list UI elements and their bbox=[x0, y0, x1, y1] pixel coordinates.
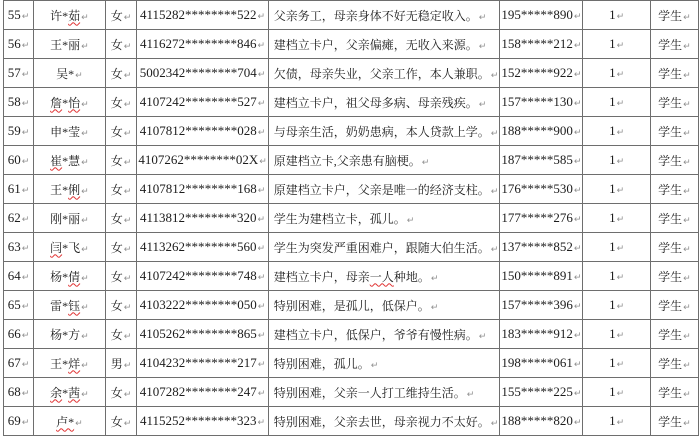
id-number-text: 4113812********320 bbox=[140, 210, 257, 225]
paragraph-mark-icon: ↵ bbox=[574, 157, 582, 167]
role-text: 学生 bbox=[658, 299, 682, 313]
paragraph-mark-icon: ↵ bbox=[574, 70, 582, 80]
role-text: 学生 bbox=[658, 386, 682, 400]
row-number-text: 59 bbox=[8, 123, 21, 138]
table-row: 68↵ 余*茜↵ 女↵ 4107282********247↵ 特别困难，父亲一… bbox=[4, 378, 699, 407]
paragraph-mark-icon: ↵ bbox=[683, 245, 691, 255]
situation-cell[interactable]: 特别困难，孤儿。↵ bbox=[268, 349, 500, 378]
situation-text: 原建档立卡,父亲患有脑梗。 bbox=[274, 154, 421, 168]
count-text: 1 bbox=[609, 152, 616, 167]
paragraph-mark-icon: ↵ bbox=[258, 244, 266, 254]
name-text: 卢* bbox=[56, 415, 74, 429]
paragraph-mark-icon: ↵ bbox=[22, 389, 30, 399]
paragraph-mark-icon: ↵ bbox=[81, 390, 89, 400]
row-number-cell[interactable]: 61↵ bbox=[4, 175, 34, 204]
role-cell[interactable]: 学生↵ bbox=[650, 378, 698, 407]
paragraph-mark-icon: ↵ bbox=[491, 245, 499, 255]
name-text: 申*莹 bbox=[50, 125, 80, 139]
paragraph-mark-icon: ↵ bbox=[22, 41, 30, 51]
role-cell[interactable]: 学生↵ bbox=[650, 204, 698, 233]
gender-text: 女 bbox=[111, 299, 123, 313]
count-cell[interactable]: 1↵ bbox=[583, 1, 650, 30]
table-row: 59↵ 申*莹↵ 女↵ 4107812********028↵ 与母亲生活，奶奶… bbox=[4, 117, 699, 146]
phone-cell[interactable]: 187*****585↵ bbox=[500, 146, 583, 175]
row-number-cell[interactable]: 56↵ bbox=[4, 30, 34, 59]
situation-text: 特别困难，是孤儿，低保户。 bbox=[274, 299, 430, 313]
paragraph-mark-icon: ↵ bbox=[491, 129, 499, 139]
count-cell[interactable]: 1↵ bbox=[583, 262, 650, 291]
table-row: 57↵ 吴*↵ 女↵ 5002342********704↵ 欠债，母亲失业，父… bbox=[4, 59, 699, 88]
paragraph-mark-icon: ↵ bbox=[258, 99, 266, 109]
paragraph-mark-icon: ↵ bbox=[617, 12, 625, 22]
situation-cell[interactable]: 建档立卡户，父亲偏瘫，无收入来源。↵ bbox=[268, 30, 500, 59]
situation-cell[interactable]: 与母亲生活，奶奶患病，本人贷款上学。↵ bbox=[268, 117, 500, 146]
phone-text: 188*****900 bbox=[501, 123, 573, 138]
paragraph-mark-icon: ↵ bbox=[371, 361, 379, 371]
table-row: 56↵ 王*丽↵ 女↵ 4116272********846↵ 建档立卡户，父亲… bbox=[4, 30, 699, 59]
id-number-text: 4107262********02X bbox=[138, 152, 258, 167]
gender-cell[interactable]: 女↵ bbox=[105, 117, 137, 146]
situation-text: 学生为建档立卡，孤儿。 bbox=[274, 212, 406, 226]
gender-cell[interactable]: 男↵ bbox=[105, 349, 137, 378]
row-number-cell[interactable]: 55↵ bbox=[4, 1, 34, 30]
id-number-cell[interactable]: 4116272********846↵ bbox=[137, 30, 268, 59]
paragraph-mark-icon: ↵ bbox=[574, 360, 582, 370]
situation-text: 与母亲生活，奶奶患病，本人贷款上学。 bbox=[274, 125, 490, 139]
phone-cell[interactable]: 198*****061↵ bbox=[500, 349, 583, 378]
count-text: 1 bbox=[609, 181, 616, 196]
count-text: 1 bbox=[609, 268, 616, 283]
gender-cell[interactable]: 女↵ bbox=[105, 233, 137, 262]
gender-cell[interactable]: 女↵ bbox=[105, 30, 137, 59]
role-cell[interactable]: 学生↵ bbox=[650, 117, 698, 146]
paragraph-mark-icon: ↵ bbox=[617, 157, 625, 167]
row-number-text: 61 bbox=[8, 181, 21, 196]
id-number-cell[interactable]: 4105262********865↵ bbox=[137, 320, 268, 349]
count-cell[interactable]: 1↵ bbox=[583, 59, 650, 88]
table-row: 60↵ 崔*慧↵ 女↵ 4107262********02X↵ 原建档立卡,父亲… bbox=[4, 146, 699, 175]
phone-text: 150*****891 bbox=[501, 268, 573, 283]
gender-cell[interactable]: 女↵ bbox=[105, 291, 137, 320]
count-cell[interactable]: 1↵ bbox=[583, 378, 650, 407]
role-cell[interactable]: 学生↵ bbox=[650, 349, 698, 378]
paragraph-mark-icon: ↵ bbox=[75, 419, 83, 429]
row-number-cell[interactable]: 68↵ bbox=[4, 378, 34, 407]
paragraph-mark-icon: ↵ bbox=[22, 12, 30, 22]
role-cell[interactable]: 学生↵ bbox=[650, 88, 698, 117]
paragraph-mark-icon: ↵ bbox=[258, 302, 266, 312]
count-cell[interactable]: 1↵ bbox=[583, 291, 650, 320]
situation-cell[interactable]: 建档立卡户，母亲一人种地。↵ bbox=[268, 262, 500, 291]
phone-text: 157*****396 bbox=[501, 297, 573, 312]
role-cell[interactable]: 学生↵ bbox=[650, 30, 698, 59]
id-number-cell[interactable]: 4115282********522↵ bbox=[137, 1, 268, 30]
count-cell[interactable]: 1↵ bbox=[583, 349, 650, 378]
situation-cell[interactable]: 学生为建档立卡，孤儿。↵ bbox=[268, 204, 500, 233]
name-cell[interactable]: 卢*↵ bbox=[34, 407, 105, 436]
paragraph-mark-icon: ↵ bbox=[124, 274, 132, 284]
count-text: 1 bbox=[609, 384, 616, 399]
situation-text: 欠债，母亲失业，父亲工作，本人兼职。 bbox=[274, 67, 490, 81]
name-text: 杨*倩 bbox=[50, 270, 80, 284]
count-cell[interactable]: 1↵ bbox=[583, 320, 650, 349]
name-text: 王*烊 bbox=[50, 357, 80, 371]
gender-text: 女 bbox=[111, 154, 123, 168]
paragraph-mark-icon: ↵ bbox=[617, 360, 625, 370]
row-number-cell[interactable]: 57↵ bbox=[4, 59, 34, 88]
phone-text: 198*****061 bbox=[501, 355, 573, 370]
table-row: 55↵ 许*茹↵ 女↵ 4115282********522↵ 父亲务工，母亲身… bbox=[4, 1, 699, 30]
name-cell[interactable]: 闫*飞↵ bbox=[34, 233, 105, 262]
paragraph-mark-icon: ↵ bbox=[258, 360, 266, 370]
id-number-cell[interactable]: 4107242********527↵ bbox=[137, 88, 268, 117]
situation-text: 特别困难，父亲去世，母亲视力不太好。 bbox=[274, 415, 490, 429]
paragraph-mark-icon: ↵ bbox=[81, 100, 89, 110]
gender-text: 女 bbox=[111, 125, 123, 139]
phone-cell[interactable]: 195*****890↵ bbox=[500, 1, 583, 30]
phone-text: 157*****130 bbox=[501, 94, 573, 109]
paragraph-mark-icon: ↵ bbox=[81, 274, 89, 284]
table-row: 65↵ 雷*钰↵ 女↵ 4103222********050↵ 特别困难，是孤儿… bbox=[4, 291, 699, 320]
id-number-cell[interactable]: 4107282********247↵ bbox=[137, 378, 268, 407]
gender-cell[interactable]: 女↵ bbox=[105, 88, 137, 117]
paragraph-mark-icon: ↵ bbox=[22, 70, 30, 80]
phone-cell[interactable]: 188*****900↵ bbox=[500, 117, 583, 146]
paragraph-mark-icon: ↵ bbox=[22, 157, 30, 167]
row-number-text: 60 bbox=[8, 152, 21, 167]
paragraph-mark-icon: ↵ bbox=[258, 273, 266, 283]
paragraph-mark-icon: ↵ bbox=[683, 390, 691, 400]
id-number-cell[interactable]: 4107242********748↵ bbox=[137, 262, 268, 291]
row-number-text: 69 bbox=[8, 413, 21, 428]
paragraph-mark-icon: ↵ bbox=[617, 418, 625, 428]
paragraph-mark-icon: ↵ bbox=[124, 13, 132, 23]
phone-cell[interactable]: 150*****891↵ bbox=[500, 262, 583, 291]
paragraph-mark-icon: ↵ bbox=[75, 71, 83, 81]
paragraph-mark-icon: ↵ bbox=[617, 389, 625, 399]
role-cell[interactable]: 学生↵ bbox=[650, 407, 698, 436]
paragraph-mark-icon: ↵ bbox=[124, 158, 132, 168]
paragraph-mark-icon: ↵ bbox=[124, 42, 132, 52]
count-cell[interactable]: 1↵ bbox=[583, 146, 650, 175]
situation-text: 特别困难，父亲一人打工维持生活。 bbox=[274, 386, 466, 400]
paragraph-mark-icon: ↵ bbox=[467, 390, 475, 400]
role-cell[interactable]: 学生↵ bbox=[650, 291, 698, 320]
paragraph-mark-icon: ↵ bbox=[124, 303, 132, 313]
paragraph-mark-icon: ↵ bbox=[258, 331, 266, 341]
name-cell[interactable]: 王*烊↵ bbox=[34, 349, 105, 378]
situation-cell[interactable]: 学生为突发严重困难户，跟随大伯生活。↵ bbox=[268, 233, 500, 262]
count-text: 1 bbox=[609, 7, 616, 22]
table-row: 61↵ 王*俐↵ 女↵ 4107812********168↵ 原建档立卡户，父… bbox=[4, 175, 699, 204]
phone-cell[interactable]: 157*****130↵ bbox=[500, 88, 583, 117]
count-cell[interactable]: 1↵ bbox=[583, 175, 650, 204]
paragraph-mark-icon: ↵ bbox=[431, 274, 439, 284]
name-cell[interactable]: 余*茜↵ bbox=[34, 378, 105, 407]
id-number-cell[interactable]: 4107812********028↵ bbox=[137, 117, 268, 146]
paragraph-mark-icon: ↵ bbox=[617, 244, 625, 254]
phone-cell[interactable]: 155*****225↵ bbox=[500, 378, 583, 407]
id-number-text: 4105262********865 bbox=[140, 326, 257, 341]
role-text: 学生 bbox=[658, 9, 682, 23]
row-number-text: 55 bbox=[8, 7, 21, 22]
id-number-cell[interactable]: 4113812********320↵ bbox=[137, 204, 268, 233]
gender-cell[interactable]: 女↵ bbox=[105, 204, 137, 233]
count-text: 1 bbox=[609, 94, 616, 109]
count-text: 1 bbox=[609, 36, 616, 51]
role-cell[interactable]: 学生↵ bbox=[650, 1, 698, 30]
name-cell[interactable]: 杨*方↵ bbox=[34, 320, 105, 349]
phone-cell[interactable]: 183*****912↵ bbox=[500, 320, 583, 349]
row-number-text: 66 bbox=[8, 326, 21, 341]
paragraph-mark-icon: ↵ bbox=[479, 13, 487, 23]
gender-cell[interactable]: 女↵ bbox=[105, 146, 137, 175]
paragraph-mark-icon: ↵ bbox=[258, 70, 266, 80]
situation-text: 建档立卡户，祖父母多病、母亲残疾。 bbox=[274, 96, 478, 110]
id-number-cell[interactable]: 4107262********02X↵ bbox=[137, 146, 268, 175]
phone-cell[interactable]: 157*****396↵ bbox=[500, 291, 583, 320]
role-text: 学生 bbox=[658, 154, 682, 168]
phone-text: 177*****276 bbox=[501, 210, 573, 225]
paragraph-mark-icon: ↵ bbox=[124, 332, 132, 342]
row-number-text: 58 bbox=[8, 94, 21, 109]
paragraph-mark-icon: ↵ bbox=[683, 13, 691, 23]
paragraph-mark-icon: ↵ bbox=[81, 361, 89, 371]
name-text: 许*茹 bbox=[50, 9, 80, 23]
student-difficulty-table: 55↵ 许*茹↵ 女↵ 4115282********522↵ 父亲务工，母亲身… bbox=[3, 0, 699, 436]
row-number-cell[interactable]: 64↵ bbox=[4, 262, 34, 291]
situation-cell[interactable]: 父亲务工，母亲身体不好无稳定收入。↵ bbox=[268, 1, 500, 30]
id-number-text: 4107242********748 bbox=[140, 268, 257, 283]
row-number-cell[interactable]: 59↵ bbox=[4, 117, 34, 146]
phone-text: 155*****225 bbox=[501, 384, 573, 399]
role-text: 学生 bbox=[658, 183, 682, 197]
table-row: 62↵ 刚*丽↵ 女↵ 4113812********320↵ 学生为建档立卡，… bbox=[4, 204, 699, 233]
paragraph-mark-icon: ↵ bbox=[407, 216, 415, 226]
name-cell[interactable]: 吴*↵ bbox=[34, 59, 105, 88]
phone-text: 187*****585 bbox=[501, 152, 573, 167]
situation-text: 特别困难，孤儿。 bbox=[274, 357, 370, 371]
paragraph-mark-icon: ↵ bbox=[574, 128, 582, 138]
paragraph-mark-icon: ↵ bbox=[124, 129, 132, 139]
id-number-text: 4103222********050 bbox=[140, 297, 257, 312]
paragraph-mark-icon: ↵ bbox=[683, 187, 691, 197]
situation-cell[interactable]: 建档立卡户，低保户，爷爷有慢性病。↵ bbox=[268, 320, 500, 349]
paragraph-mark-icon: ↵ bbox=[431, 303, 439, 313]
situation-cell[interactable]: 特别困难，父亲一人打工维持生活。↵ bbox=[268, 378, 500, 407]
paragraph-mark-icon: ↵ bbox=[574, 244, 582, 254]
phone-text: 137*****852 bbox=[501, 239, 573, 254]
id-number-text: 4107812********028 bbox=[140, 123, 257, 138]
situation-text: 建档立卡户，父亲偏瘫，无收入来源。 bbox=[274, 38, 478, 52]
phone-cell[interactable]: 176*****530↵ bbox=[500, 175, 583, 204]
phone-cell[interactable]: 158*****212↵ bbox=[500, 30, 583, 59]
paragraph-mark-icon: ↵ bbox=[22, 186, 30, 196]
role-cell[interactable]: 学生↵ bbox=[650, 320, 698, 349]
id-number-cell[interactable]: 4104232********217↵ bbox=[137, 349, 268, 378]
paragraph-mark-icon: ↵ bbox=[258, 12, 266, 22]
id-number-cell[interactable]: 4115252********323↵ bbox=[137, 407, 268, 436]
role-text: 学生 bbox=[658, 415, 682, 429]
id-number-cell[interactable]: 5002342********704↵ bbox=[137, 59, 268, 88]
paragraph-mark-icon: ↵ bbox=[81, 42, 89, 52]
count-cell[interactable]: 1↵ bbox=[583, 407, 650, 436]
paragraph-mark-icon: ↵ bbox=[491, 187, 499, 197]
count-cell[interactable]: 1↵ bbox=[583, 88, 650, 117]
count-text: 1 bbox=[609, 210, 616, 225]
role-text: 学生 bbox=[658, 241, 682, 255]
row-number-cell[interactable]: 66↵ bbox=[4, 320, 34, 349]
situation-cell[interactable]: 欠债，母亲失业，父亲工作，本人兼职。↵ bbox=[268, 59, 500, 88]
gender-text: 女 bbox=[111, 386, 123, 400]
paragraph-mark-icon: ↵ bbox=[479, 100, 487, 110]
id-number-cell[interactable]: 4113262********560↵ bbox=[137, 233, 268, 262]
paragraph-mark-icon: ↵ bbox=[22, 331, 30, 341]
count-text: 1 bbox=[609, 355, 616, 370]
paragraph-mark-icon: ↵ bbox=[617, 128, 625, 138]
count-cell[interactable]: 1↵ bbox=[583, 204, 650, 233]
paragraph-mark-icon: ↵ bbox=[22, 360, 30, 370]
situation-cell[interactable]: 建档立卡户，祖父母多病、母亲残疾。↵ bbox=[268, 88, 500, 117]
paragraph-mark-icon: ↵ bbox=[124, 187, 132, 197]
role-cell[interactable]: 学生↵ bbox=[650, 262, 698, 291]
gender-text: 女 bbox=[111, 328, 123, 342]
row-number-cell[interactable]: 60↵ bbox=[4, 146, 34, 175]
paragraph-mark-icon: ↵ bbox=[683, 129, 691, 139]
id-number-text: 4116272********846 bbox=[140, 36, 257, 51]
row-number-cell[interactable]: 67↵ bbox=[4, 349, 34, 378]
paragraph-mark-icon: ↵ bbox=[574, 418, 582, 428]
gender-cell[interactable]: 女↵ bbox=[105, 262, 137, 291]
name-cell[interactable]: 许*茹↵ bbox=[34, 1, 105, 30]
id-number-text: 4107242********527 bbox=[140, 94, 257, 109]
role-cell[interactable]: 学生↵ bbox=[650, 233, 698, 262]
gender-cell[interactable]: 女↵ bbox=[105, 407, 137, 436]
row-number-cell[interactable]: 63↵ bbox=[4, 233, 34, 262]
paragraph-mark-icon: ↵ bbox=[124, 216, 132, 226]
paragraph-mark-icon: ↵ bbox=[479, 42, 487, 52]
role-text: 学生 bbox=[658, 212, 682, 226]
count-text: 1 bbox=[609, 413, 616, 428]
row-number-text: 64 bbox=[8, 268, 21, 283]
gender-cell[interactable]: 女↵ bbox=[105, 59, 137, 88]
id-number-text: 4115252********323 bbox=[140, 413, 257, 428]
paragraph-mark-icon: ↵ bbox=[124, 100, 132, 110]
gender-cell[interactable]: 女↵ bbox=[105, 175, 137, 204]
count-cell[interactable]: 1↵ bbox=[583, 30, 650, 59]
paragraph-mark-icon: ↵ bbox=[81, 245, 89, 255]
paragraph-mark-icon: ↵ bbox=[683, 274, 691, 284]
name-text: 崔*慧 bbox=[50, 154, 80, 168]
role-text: 学生 bbox=[658, 96, 682, 110]
phone-cell[interactable]: 177*****276↵ bbox=[500, 204, 583, 233]
paragraph-mark-icon: ↵ bbox=[258, 186, 266, 196]
gender-cell[interactable]: 女↵ bbox=[105, 378, 137, 407]
paragraph-mark-icon: ↵ bbox=[617, 302, 625, 312]
paragraph-mark-icon: ↵ bbox=[124, 390, 132, 400]
paragraph-mark-icon: ↵ bbox=[422, 158, 430, 168]
role-cell[interactable]: 学生↵ bbox=[650, 59, 698, 88]
name-cell[interactable]: 杨*倩↵ bbox=[34, 262, 105, 291]
name-cell[interactable]: 申*莹↵ bbox=[34, 117, 105, 146]
paragraph-mark-icon: ↵ bbox=[124, 419, 132, 429]
name-cell[interactable]: 王*俐↵ bbox=[34, 175, 105, 204]
paragraph-mark-icon: ↵ bbox=[617, 99, 625, 109]
paragraph-mark-icon: ↵ bbox=[617, 215, 625, 225]
name-cell[interactable]: 崔*慧↵ bbox=[34, 146, 105, 175]
name-cell[interactable]: 刚*丽↵ bbox=[34, 204, 105, 233]
situation-cell[interactable]: 原建档立卡,父亲患有脑梗。↵ bbox=[268, 146, 500, 175]
row-number-cell[interactable]: 69↵ bbox=[4, 407, 34, 436]
paragraph-mark-icon: ↵ bbox=[683, 332, 691, 342]
situation-text: 父亲务工，母亲身体不好无稳定收入。 bbox=[274, 9, 478, 23]
role-cell[interactable]: 学生↵ bbox=[650, 175, 698, 204]
paragraph-mark-icon: ↵ bbox=[683, 71, 691, 81]
paragraph-mark-icon: ↵ bbox=[259, 157, 267, 167]
paragraph-mark-icon: ↵ bbox=[574, 186, 582, 196]
paragraph-mark-icon: ↵ bbox=[574, 273, 582, 283]
row-number-cell[interactable]: 65↵ bbox=[4, 291, 34, 320]
paragraph-mark-icon: ↵ bbox=[574, 331, 582, 341]
situation-cell[interactable]: 原建档立卡户，父亲是唯一的经济支柱。↵ bbox=[268, 175, 500, 204]
name-text: 王*俐 bbox=[50, 183, 80, 197]
gender-text: 女 bbox=[111, 241, 123, 255]
row-number-cell[interactable]: 58↵ bbox=[4, 88, 34, 117]
paragraph-mark-icon: ↵ bbox=[683, 42, 691, 52]
name-cell[interactable]: 王*丽↵ bbox=[34, 30, 105, 59]
role-text: 学生 bbox=[658, 125, 682, 139]
name-text: 吴* bbox=[56, 67, 74, 81]
paragraph-mark-icon: ↵ bbox=[491, 71, 499, 81]
table-row: 64↵ 杨*倩↵ 女↵ 4107242********748↵ 建档立卡户，母亲… bbox=[4, 262, 699, 291]
count-cell[interactable]: 1↵ bbox=[583, 117, 650, 146]
row-number-text: 57 bbox=[8, 65, 21, 80]
paragraph-mark-icon: ↵ bbox=[574, 389, 582, 399]
name-text: 余*茜 bbox=[50, 386, 80, 400]
paragraph-mark-icon: ↵ bbox=[683, 100, 691, 110]
situation-cell[interactable]: 特别困难，是孤儿，低保户。↵ bbox=[268, 291, 500, 320]
gender-text: 女 bbox=[111, 9, 123, 23]
role-text: 学生 bbox=[658, 328, 682, 342]
row-number-text: 63 bbox=[8, 239, 21, 254]
id-number-cell[interactable]: 4103222********050↵ bbox=[137, 291, 268, 320]
name-cell[interactable]: 雷*钰↵ bbox=[34, 291, 105, 320]
gender-text: 女 bbox=[111, 183, 123, 197]
name-cell[interactable]: 詹*怡↵ bbox=[34, 88, 105, 117]
situation-cell[interactable]: 特别困难，父亲去世，母亲视力不太好。↵ bbox=[268, 407, 500, 436]
paragraph-mark-icon: ↵ bbox=[124, 361, 132, 371]
id-number-cell[interactable]: 4107812********168↵ bbox=[137, 175, 268, 204]
phone-cell[interactable]: 137*****852↵ bbox=[500, 233, 583, 262]
paragraph-mark-icon: ↵ bbox=[617, 273, 625, 283]
situation-text: 学生为突发严重困难户，跟随大伯生活。 bbox=[274, 241, 490, 255]
count-cell[interactable]: 1↵ bbox=[583, 233, 650, 262]
row-number-cell[interactable]: 62↵ bbox=[4, 204, 34, 233]
phone-cell[interactable]: 188*****820↵ bbox=[500, 407, 583, 436]
id-number-text: 5002342********704 bbox=[140, 65, 257, 80]
role-cell[interactable]: 学生↵ bbox=[650, 146, 698, 175]
paragraph-mark-icon: ↵ bbox=[683, 361, 691, 371]
paragraph-mark-icon: ↵ bbox=[683, 158, 691, 168]
gender-cell[interactable]: 女↵ bbox=[105, 320, 137, 349]
paragraph-mark-icon: ↵ bbox=[81, 332, 89, 342]
row-number-text: 56 bbox=[8, 36, 21, 51]
gender-cell[interactable]: 女↵ bbox=[105, 1, 137, 30]
name-text: 雷*钰 bbox=[50, 299, 80, 313]
paragraph-mark-icon: ↵ bbox=[683, 216, 691, 226]
phone-cell[interactable]: 152*****922↵ bbox=[500, 59, 583, 88]
table-body: 55↵ 许*茹↵ 女↵ 4115282********522↵ 父亲务工，母亲身… bbox=[4, 1, 699, 436]
